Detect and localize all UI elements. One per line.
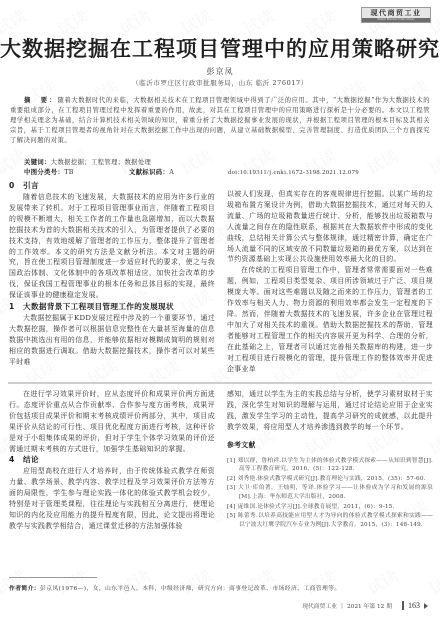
author-bio: 作者简介：彭京凤(1976—)，女，山东平邑人，本科，中级经济师，研究方向：商事… bbox=[9, 583, 434, 592]
heading-text: 引言 bbox=[23, 181, 39, 190]
watermark-text: 试读 bbox=[177, 4, 216, 40]
references-list: [1] 郑以群，鲁柏祥.以学生为主体的体验式教学模式探索——从知识到智慧[J].… bbox=[227, 457, 433, 530]
watermark-text: 试读 bbox=[425, 564, 440, 600]
watermark-text: 试读 bbox=[0, 564, 30, 600]
heading-text: 大数据背景下工程项目管理工作的发展现状 bbox=[23, 302, 174, 311]
doc-code-line: 文献标识码：A bbox=[129, 168, 174, 177]
evaluation-paragraph: 在进行学习效果评价时，应从态度评价和成果评价两方面进行。态度评价重点从合作贡献率… bbox=[9, 389, 215, 454]
watermark-text: 试读 bbox=[177, 564, 216, 600]
watermark-text: 试读 bbox=[115, 564, 154, 600]
left-column-lower: 在进行学习效果评价时，应从态度评价和成果评价两方面进行。态度评价重点从合作贡献率… bbox=[9, 389, 215, 532]
clc-label: 中图分类号： bbox=[24, 169, 64, 176]
watermark-text: 试读 bbox=[363, 564, 402, 600]
clc-line: 中图分类号：TB bbox=[24, 168, 74, 177]
clc-value: TB bbox=[64, 169, 74, 176]
right-column-lower: 感知，通过以学生为主的实践总结与分析，使学习素材取材于实践，深化学生对知识的理解… bbox=[227, 389, 433, 530]
reference-item: [5] 陈蕾秀.以培养高技能应用型人才为导向的体验式教学模式探索和实践——以宁波… bbox=[227, 512, 433, 529]
intro-paragraph: 随着信息技术的飞速发展，大数据技术的应用为许多行业的发展带来了转机。对于工程项目… bbox=[9, 192, 215, 301]
abstract: 摘 要：随着大数据时代的来临，大数据相关技术在工程项目管理领域中得到了广泛的应用… bbox=[10, 96, 430, 146]
doc-code-value: A bbox=[169, 169, 174, 176]
reference-item: [1] 郑以群，鲁柏祥.以学生为主体的体验式教学模式探索——从知识到智慧[J].… bbox=[227, 457, 433, 474]
journal-badge: 现代商贸工业 Modern Business Trade Industry bbox=[361, 7, 431, 23]
article-separator bbox=[8, 382, 432, 384]
reference-item: [3] 大卫·库伯著，王灿明，等译.体验学习——让体验成为学习和发展的源泉[M]… bbox=[227, 484, 433, 501]
watermark-text: 试读 bbox=[0, 4, 30, 40]
conclusion-paragraph: 应用型高校在进行人才培养时，由于传统体验式教学在师资力量、教学场景、教学内容、教… bbox=[9, 466, 215, 531]
footer-issue: 2021 年第 12 期 bbox=[347, 601, 392, 610]
heading-number: 1 bbox=[9, 301, 23, 313]
section1-heading: 1大数据背景下工程项目管理工作的发展现状 bbox=[9, 301, 215, 313]
abstract-text: 随着大数据时代的来临，大数据相关技术在工程项目管理领域中得到了广泛的应用。其中，… bbox=[10, 97, 430, 144]
journal-name-cn: 现代商贸工业 bbox=[362, 8, 430, 18]
section1-paragraph: 大数据挖掘属于KDD发展过程中涉及的一个重要环节，通过大数据挖掘，操作者可以根据… bbox=[9, 313, 215, 368]
section4-heading: 4结论 bbox=[9, 454, 215, 466]
footer-divider: | bbox=[341, 603, 343, 609]
footnote-rule bbox=[9, 577, 97, 578]
heading-text: 结论 bbox=[23, 455, 39, 464]
doc-code-label: 文献标识码： bbox=[129, 169, 169, 176]
references-title: 参考文献 bbox=[227, 440, 433, 451]
author-bio-label: 作者简介： bbox=[9, 586, 40, 592]
watermark-text: 试读 bbox=[115, 4, 154, 40]
watermark-text: 试读 bbox=[53, 564, 92, 600]
right-paragraph-2: 在传统的工程项目管理工作中，管理者常常需要面对一些难题，例如，工程项目类型复杂、… bbox=[227, 265, 433, 374]
watermark-text: 试读 bbox=[363, 144, 402, 180]
right-lower-paragraph: 感知，通过以学生为主的实践总结与分析，使学习素材取材于实践，深化学生对知识的理解… bbox=[227, 389, 433, 433]
watermark-text: 试读 bbox=[425, 144, 440, 180]
left-column-upper: 0引言 随着信息技术的飞速发展，大数据技术的应用为许多行业的发展带来了转机。对于… bbox=[9, 180, 215, 368]
page-number: 163 bbox=[408, 601, 420, 610]
keywords-value: 大数据挖掘；工程管理；数据处理 bbox=[51, 159, 151, 166]
doi[interactable]: doi:10.19311/j.cnki.1672-3198.2021.12.07… bbox=[228, 168, 359, 177]
footer-bar bbox=[402, 601, 404, 610]
journal-name-en: Modern Business Trade Industry bbox=[362, 18, 430, 22]
watermark-text: 试读 bbox=[239, 4, 278, 40]
abstract-label: 摘 要： bbox=[24, 97, 58, 104]
watermark-text: 试读 bbox=[177, 144, 216, 180]
heading-number: 0 bbox=[9, 180, 23, 192]
keywords-line: 关键词：大数据挖掘；工程管理；数据处理 bbox=[24, 158, 151, 167]
watermark-text: 试读 bbox=[53, 4, 92, 40]
intro-heading: 0引言 bbox=[9, 180, 215, 192]
author-affiliation: （临沂市罗庄区行政审批服务局，山东 临沂 276017） bbox=[0, 78, 440, 87]
heading-number: 4 bbox=[9, 454, 23, 466]
author-bio-text: 彭京凤(1976—)，女，山东平邑人，本科，中级经济师，研究方向：商事登记改革、… bbox=[40, 586, 341, 592]
footer-journal: 现代商贸工业 bbox=[302, 601, 337, 610]
right-column-upper: 以被人们发现，但真实存在的客观规律进行挖掘。以某广场的垃圾箱布置方案设计为例，借… bbox=[227, 189, 433, 374]
reference-item: [2] 刘秀艳.体验式教学模式研究[J].教育理论与实践，2015，(35)：5… bbox=[227, 475, 433, 484]
watermark-text: 试读 bbox=[239, 564, 278, 600]
reference-item: [4] 庞维国.论体验式学习[J].全球教育展望，2011，(6)：9-15. bbox=[227, 503, 433, 512]
article-author: 彭京凤 bbox=[0, 66, 440, 77]
watermark-text: 试读 bbox=[301, 4, 340, 40]
keywords-label: 关键词： bbox=[24, 159, 51, 166]
watermark-text: 试读 bbox=[301, 564, 340, 600]
page-footer: 现代商贸工业 | 2021 年第 12 期 163 bbox=[302, 601, 428, 610]
right-paragraph-1: 以被人们发现，但真实存在的客观规律进行挖掘。以某广场的垃圾箱布置方案设计为例，借… bbox=[227, 189, 433, 265]
article-title: 大数据挖掘在工程项目管理中的应用策略研究 bbox=[0, 36, 440, 62]
next-page-arrow-icon bbox=[424, 603, 428, 609]
